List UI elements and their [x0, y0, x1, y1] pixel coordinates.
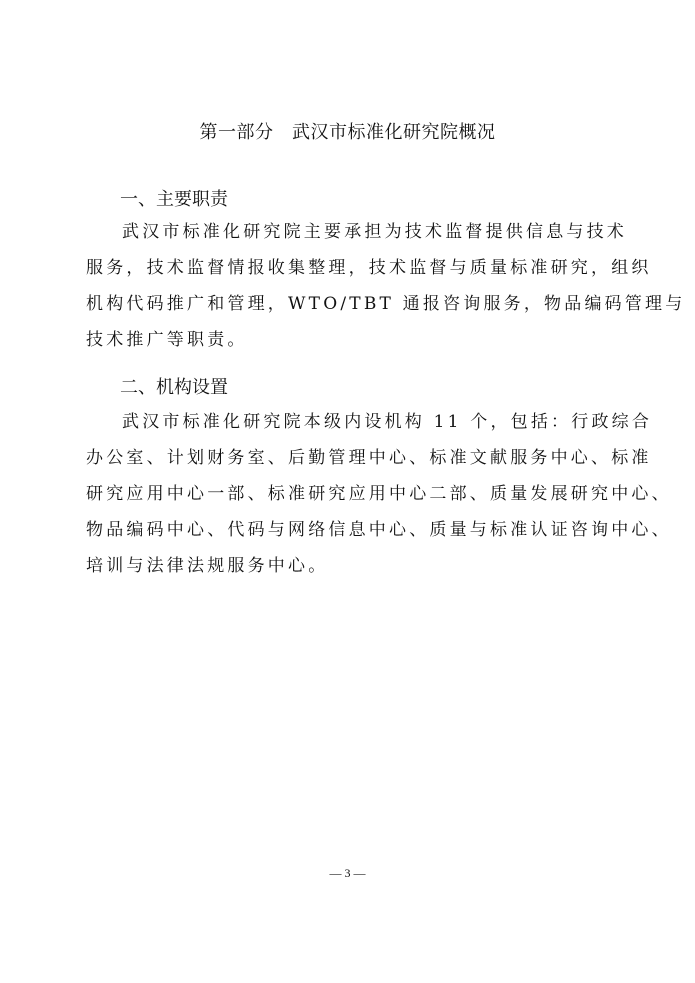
- section-heading-organization: 二、机构设置: [120, 374, 228, 402]
- section-body-organization: 武汉市标准化研究院本级内设机构 11 个，包括：行政综合 办公室、计划财务室、后…: [86, 404, 610, 584]
- paragraph-line: 物品编码中心、代码与网络信息中心、质量与标准认证咨询中心、: [86, 512, 610, 548]
- section-heading-responsibilities: 一、主要职责: [120, 186, 228, 214]
- paragraph-line: 办公室、计划财务室、后勤管理中心、标准文献服务中心、标准: [86, 440, 610, 476]
- paragraph-line: 研究应用中心一部、标准研究应用中心二部、质量发展研究中心、: [86, 476, 610, 512]
- paragraph-line: 技术推广等职责。: [86, 322, 610, 358]
- page-number: — 3 —: [0, 866, 695, 881]
- paragraph-line: 武汉市标准化研究院主要承担为技术监督提供信息与技术: [86, 214, 610, 250]
- paragraph-line: 机构代码推广和管理，WTO/TBT 通报咨询服务，物品编码管理与: [86, 286, 610, 322]
- paragraph-line: 培训与法律法规服务中心。: [86, 548, 610, 584]
- paragraph-line: 服务，技术监督情报收集整理，技术监督与质量标准研究，组织: [86, 250, 610, 286]
- section-body-responsibilities: 武汉市标准化研究院主要承担为技术监督提供信息与技术 服务，技术监督情报收集整理，…: [86, 214, 610, 358]
- page-title: 第一部分 武汉市标准化研究院概况: [0, 119, 695, 147]
- paragraph-line: 武汉市标准化研究院本级内设机构 11 个，包括：行政综合: [86, 404, 610, 440]
